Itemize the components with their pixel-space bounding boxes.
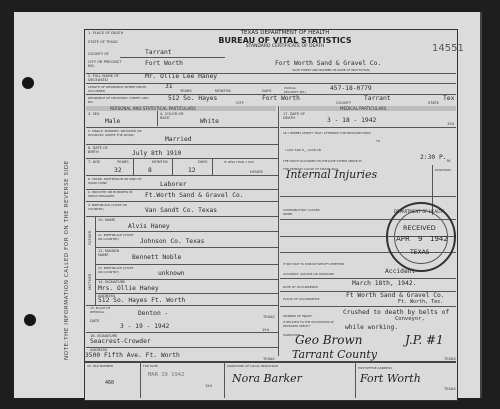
removal-place: Denton -: [138, 310, 168, 317]
attended-label: 18. I HEREBY CERTIFY THAT I ATTENDED THE…: [283, 131, 371, 135]
hours-label: HOURS: [250, 170, 263, 174]
informant-label: 14. SIGNATURE: [98, 280, 125, 284]
occurrence-date: March 18th, 1942.: [352, 280, 416, 287]
relation-label: IF RELATED TO THE OCCUPATION OF DECEASED…: [283, 320, 343, 328]
received-stamp: DEPARTMENT OF HEALTH RECEIVED APR 9 1942…: [386, 202, 456, 272]
county-value: Tarrant: [145, 49, 172, 56]
undertaker-address: 3500 Fifth Ave. Ft. Worth: [85, 352, 180, 359]
divider: [280, 306, 456, 307]
stamp-month: APR: [396, 235, 410, 243]
divider: [95, 264, 278, 265]
industry-label: 9. INDUSTRY OR BUSINESS IN WHICH ENGAGED: [88, 190, 138, 198]
divider: [280, 127, 456, 128]
manner-label: MANNER OF INJURY: [283, 314, 312, 318]
age-years-label: YEARS: [117, 160, 129, 164]
undertaker-name: Seacrest-Crowder: [90, 338, 151, 345]
divider: [86, 83, 456, 84]
divider: [280, 278, 456, 279]
manner-line2: Conveyor,: [395, 316, 425, 322]
residence-label: RESIDENCE OF DECEASED: STREET AND NO.: [88, 96, 153, 104]
physician-county: Tarrant County: [292, 348, 377, 361]
place-of-death-label: 1. PLACE OF DEATH: [88, 31, 123, 35]
file-date: MAR 19 1942: [148, 372, 184, 378]
divider: [86, 175, 278, 176]
accident-label: ACCIDENT, SUICIDE OR HOMICIDE: [283, 272, 334, 276]
birth-label: 6. DATE OF BIRTH: [88, 146, 118, 154]
divider: [86, 347, 278, 348]
occurred-label: THE DEATH OCCURRED ON THE DATE STATED AB…: [283, 159, 362, 163]
registrar-signature-label: SIGNATURE OF LOCAL REGISTRAR: [227, 364, 278, 368]
divider: [86, 158, 278, 159]
occurrence-date-label: DATE OF OCCURRENCE: [283, 285, 318, 289]
occurrence-place-line2: Ft. Worth, Tex.: [398, 299, 443, 305]
last-saw-label: I LAST SAW H__ ALIVE ON: [285, 148, 321, 152]
texas-label: TEXAS: [263, 315, 275, 319]
age-label: 7. AGE: [88, 160, 100, 164]
occurrence-place: Ft Worth Sand & Gravel Co.: [346, 292, 445, 299]
m-label: M.: [447, 159, 451, 163]
column-divider: [278, 106, 279, 356]
divider: [86, 216, 278, 217]
father-name-label: 10. NAME: [98, 218, 115, 222]
file-number-label: 20. FILE NUMBER: [87, 364, 113, 368]
state-label: STATE OF TEXAS: [88, 40, 118, 44]
age-years: 32: [114, 167, 122, 174]
divider: [140, 362, 141, 398]
less-than-day-label: IF LESS THAN 1 DAY: [224, 160, 254, 164]
mother-name: Bennett Noble: [132, 254, 181, 261]
divider: [95, 247, 278, 248]
divider: [95, 231, 278, 232]
year-suffix: 194: [447, 122, 454, 126]
residence-years: 31: [165, 83, 173, 90]
birthplace-value: Van Sandt Co. Texas: [145, 207, 217, 214]
mother-birthplace: unknown: [158, 270, 185, 277]
occurrence-place-label: PLACE OF OCCURRENCE: [283, 297, 320, 301]
birth-date: July 8th 1910: [132, 150, 181, 157]
sex-value: Male: [105, 118, 120, 125]
age-months: 8: [148, 167, 152, 174]
divider: [212, 159, 213, 175]
father-birthplace-label: 11. BIRTHPLACE (STATE OR COUNTRY): [98, 233, 136, 241]
to-label: TO: [376, 139, 380, 143]
divider: [86, 144, 278, 145]
removal-date: 3 - 19 - 1942: [120, 323, 169, 330]
divider: [133, 159, 134, 175]
divider: [86, 73, 456, 74]
social-security-number: 457-18-0779: [330, 85, 372, 92]
stamp-year: 1942: [430, 235, 448, 243]
institution-caption: (GIVE STREET AND NUMBER OR NAME OF INSTI…: [292, 68, 370, 72]
contributory-label: CONTRIBUTORY CAUSES WERE:: [283, 208, 323, 216]
informant-name: Mrs. Ollie Haney: [98, 285, 159, 292]
father-side-label: FATHER: [87, 231, 92, 245]
texas-label: TEXAS: [444, 387, 456, 391]
sex-label: 3. SEX: [88, 112, 100, 116]
years-label: YEARS: [180, 89, 192, 93]
divider: [157, 111, 158, 126]
residence-city: Fort Worth: [262, 95, 300, 102]
deceased-name: Mr. Ollie Lee Haney: [145, 73, 217, 80]
divider: [95, 293, 278, 294]
industry-value: Ft.Worth Sand & Gravel Co.: [145, 192, 244, 199]
stamp-received: RECEIVED: [403, 224, 436, 232]
residence-county-label: COUNTY: [336, 101, 351, 105]
file-number: 460: [105, 380, 114, 386]
days-label: DAYS: [262, 89, 271, 93]
residence-city-label: CITY: [236, 101, 244, 105]
reverse-side-note: NOTE:THE INFORMATION CALLED FOR ON THE R…: [64, 160, 70, 360]
city-label: CITY OR PRECINCT NO.: [88, 60, 128, 68]
institution-value: Fort Worth Sand & Gravel Co.: [275, 60, 381, 67]
county-label: COUNTY OF: [88, 52, 109, 56]
trade-label: 8. TRADE, PROFESSION OR KIND OF WORK DON…: [88, 177, 143, 185]
personal-section-title: PERSONAL AND STATISTICAL PARTICULARS: [110, 107, 196, 111]
texas-label: TEXAS: [444, 357, 456, 361]
marital-label: 5. SINGLE, MARRIED, WIDOWED OR DIVORCED …: [88, 129, 158, 137]
removal-date-label: DATE: [90, 319, 99, 323]
mother-birthplace-label: 13. BIRTHPLACE (STATE OR COUNTRY): [98, 266, 136, 274]
mother-name-label: 12. MAIDEN NAME: [98, 249, 126, 257]
months-label: MONTHS: [215, 89, 231, 93]
residence-state-label: STATE: [428, 101, 439, 105]
underline: [120, 57, 225, 58]
manner-of-injury: Crushed to death by belts of: [343, 309, 449, 316]
postoffice-address: Fort Worth: [360, 372, 421, 385]
ss-label: (SOCIAL SECURITY NO.): [284, 86, 310, 94]
relation-value: while working.: [345, 324, 398, 331]
certificate-number: 14551: [432, 43, 464, 54]
cause-of-death: Internal Injuries: [286, 168, 377, 181]
race-value: White: [200, 118, 219, 125]
divider: [224, 362, 225, 398]
age-days-label: DAYS: [198, 160, 207, 164]
file-date-label: FILE DATE: [143, 364, 158, 368]
violence-label: IF NOT DUE TO DISEASE SPECIFY WHETHER: [283, 262, 344, 266]
year-suffix: 194: [205, 384, 212, 388]
residence-county: Tarrant: [364, 95, 391, 102]
divider: [86, 201, 278, 202]
registrar-signature: Nora Barker: [232, 372, 302, 385]
full-name-label: 2. FULL NAME OF DECEASED: [88, 74, 128, 82]
postoffice-label: POSTOFFICE ADDRESS: [358, 366, 392, 370]
birthplace-label: 9. BIRTHPLACE (STATE OR COUNTRY): [88, 203, 128, 211]
medical-section-title: MEDICAL PARTICULARS: [340, 107, 386, 111]
physician-signature: Geo Brown: [295, 333, 363, 347]
death-date-label: 17. DATE OF DEATH: [283, 112, 308, 120]
father-name: Alvis Haney: [128, 223, 170, 230]
father-birthplace: Johnson Co. Texas: [140, 238, 204, 245]
marital-value: Married: [165, 136, 192, 143]
punch-hole: [22, 77, 34, 89]
divider: [86, 332, 278, 333]
age-days: 12: [188, 167, 196, 174]
death-date: 3 - 18 - 1942: [327, 117, 376, 124]
mother-side-label: MOTHER: [87, 274, 92, 290]
city-value: Fort Worth: [145, 60, 183, 67]
informant-address: 512 So. Hayes Ft. Worth: [98, 297, 185, 304]
certificate-title: STANDARD CERTIFICATE OF DEATH: [215, 44, 355, 49]
length-residence-label: LENGTH OF RESIDENCE WHERE DEATH OCCURRED: [88, 85, 158, 93]
divider: [355, 362, 356, 398]
removal-label: 15. PLACE OF REMOVAL: [90, 306, 115, 314]
duration-label: DURATION: [435, 168, 451, 172]
race-label: 4. COLOR OR RACE: [160, 112, 185, 120]
divider: [172, 159, 173, 175]
death-time: 2:30 P.: [420, 154, 447, 161]
punch-hole: [24, 314, 36, 326]
physician-title: J.P. #1: [405, 333, 444, 347]
age-months-label: MONTHS: [152, 160, 168, 164]
divider: [86, 127, 278, 128]
stamp-state: TEXAS: [410, 249, 429, 256]
stamp-agency: DEPARTMENT OF HEALTH: [394, 209, 444, 214]
trade-value: Laborer: [160, 181, 187, 188]
stamp-day: 9: [418, 235, 422, 243]
residence-state: Tex: [443, 95, 454, 102]
divider: [280, 196, 456, 197]
residence-street: 512 So. Hayes: [168, 95, 217, 102]
